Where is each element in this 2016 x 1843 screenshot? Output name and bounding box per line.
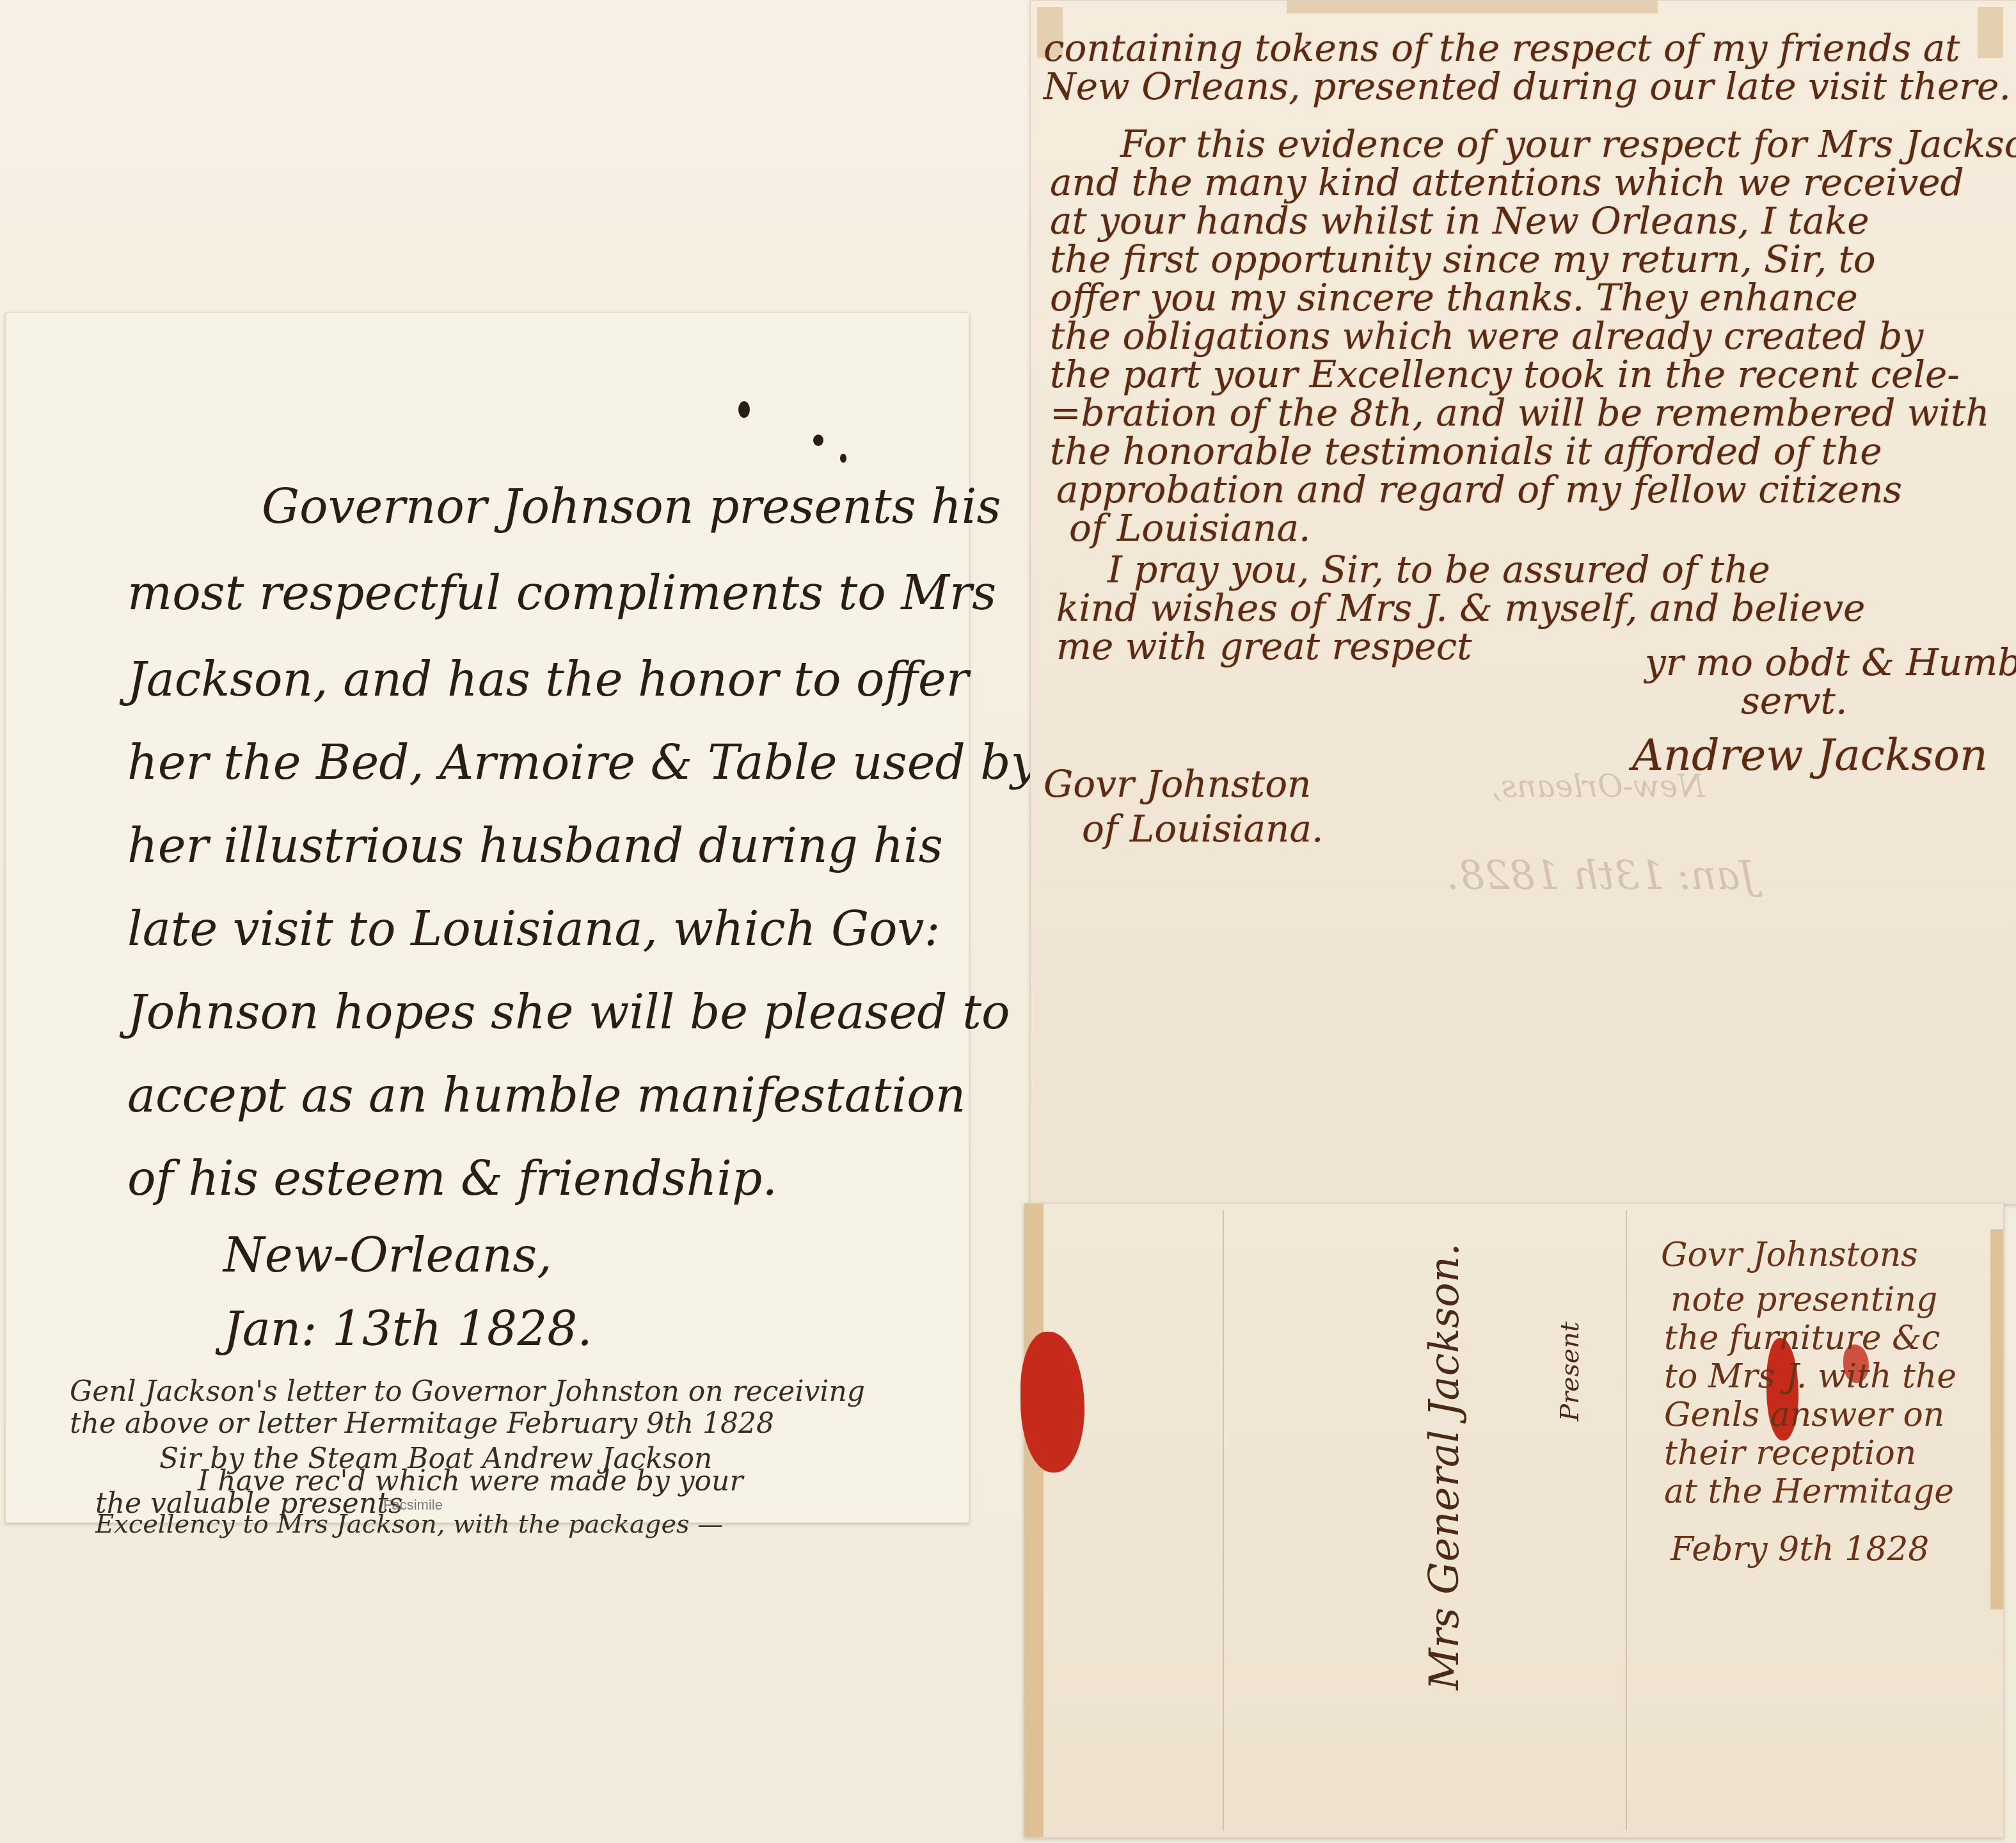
facsimile-label: Facsimile <box>383 1497 443 1513</box>
endorsement-line: the furniture &c <box>1664 1319 1940 1357</box>
letter-line: and the many kind attentions which we re… <box>1050 161 1964 204</box>
recipient-place: of Louisiana. <box>1082 807 1323 850</box>
endorsement-line: note presenting <box>1671 1281 1937 1319</box>
delivery-note: Present <box>1555 1321 1585 1421</box>
facsimile-note: Governor Johnson presents his most respe… <box>5 312 969 1523</box>
bleed-through-text: Jan: 13th 1828. <box>1447 852 1756 898</box>
endorsement-date: Febry 9th 1828 <box>1671 1530 1929 1568</box>
endorsement-line: to Mrs J. with the <box>1664 1357 1956 1396</box>
facsimile-line: Governor Johnson presents his <box>262 479 1001 534</box>
hinge-tape <box>1978 7 2003 58</box>
facsimile-line: most respectful compliments to Mrs <box>127 566 996 621</box>
hinge-tape <box>1990 1229 2003 1609</box>
facsimile-line: of his esteem & friendship. <box>127 1151 777 1206</box>
facsimile-note-line: the above or letter Hermitage February 9… <box>70 1407 774 1440</box>
fold-line <box>1626 1210 1627 1831</box>
hinge-tape <box>1287 1 1658 13</box>
facsimile-line: her illustrious husband during his <box>127 818 943 874</box>
ink-blot <box>840 454 846 463</box>
letter-line: me with great respect <box>1056 625 1472 668</box>
letter-line: =bration of the 8th, and will be remembe… <box>1050 391 1990 435</box>
facsimile-note-line: Excellency to Mrs Jackson, with the pack… <box>95 1510 723 1539</box>
letter-line: New Orleans, presented during our late v… <box>1044 65 2011 108</box>
letter-line: I pray you, Sir, to be assured of the <box>1107 548 1770 591</box>
endorsement-line: Genls answer on <box>1664 1396 1944 1434</box>
letter-line: the first opportunity since my return, S… <box>1050 237 1876 281</box>
letter-line: kind wishes of Mrs J. & myself, and beli… <box>1056 586 1865 630</box>
ink-blot <box>738 401 750 418</box>
facsimile-date: Jan: 13th 1828. <box>223 1302 592 1357</box>
wax-seal <box>1020 1332 1084 1472</box>
letter-closing: servt. <box>1741 679 1847 722</box>
letter-line: offer you my sincere thanks. They enhanc… <box>1050 276 1858 319</box>
hinge-tape <box>1024 1204 1044 1837</box>
letter-line: at your hands whilst in New Orleans, I t… <box>1050 199 1869 243</box>
facsimile-line: Jackson, and has the honor to offer <box>127 652 969 707</box>
facsimile-line: accept as an humble manifestation <box>127 1068 965 1123</box>
address-line: Mrs General Jackson. <box>1421 1243 1468 1690</box>
letter-line: For this evidence of your respect for Mr… <box>1120 122 2016 166</box>
endorsement-line: their reception <box>1664 1434 1916 1472</box>
letter-line: containing tokens of the respect of my f… <box>1044 26 1960 70</box>
address-cover: Mrs General Jackson. Present Govr Johnst… <box>1024 1203 2004 1838</box>
letter-line: the obligations which were already creat… <box>1050 314 1923 358</box>
facsimile-line: late visit to Louisiana, which Gov: <box>127 902 940 957</box>
fold-line <box>1223 1210 1224 1831</box>
recipient-name: Govr Johnston <box>1044 762 1311 806</box>
endorsement-line: Govr Johnstons <box>1661 1236 1918 1274</box>
ink-blot <box>813 435 823 446</box>
letter-closing: yr mo obdt & Humble <box>1645 641 2016 684</box>
letter-line: of Louisiana. <box>1069 506 1310 550</box>
endorsement-line: at the Hermitage <box>1664 1472 1954 1511</box>
letter-line: the honorable testimonials it afforded o… <box>1050 429 1882 473</box>
signature: Andrew Jackson <box>1632 730 1988 781</box>
letter-line: the part your Excellency took in the rec… <box>1050 353 1960 396</box>
facsimile-line: Johnson hopes she will be pleased to <box>127 985 1010 1040</box>
facsimile-place: New-Orleans, <box>223 1228 552 1283</box>
facsimile-note-line: Genl Jackson's letter to Governor Johnst… <box>70 1375 865 1408</box>
facsimile-line: her the Bed, Armoire & Table used by <box>127 735 1038 790</box>
jackson-letter: New-Orleans, Jan: 13th 1828. containing … <box>1030 0 2016 1204</box>
letter-line: approbation and regard of my fellow citi… <box>1056 468 1902 511</box>
